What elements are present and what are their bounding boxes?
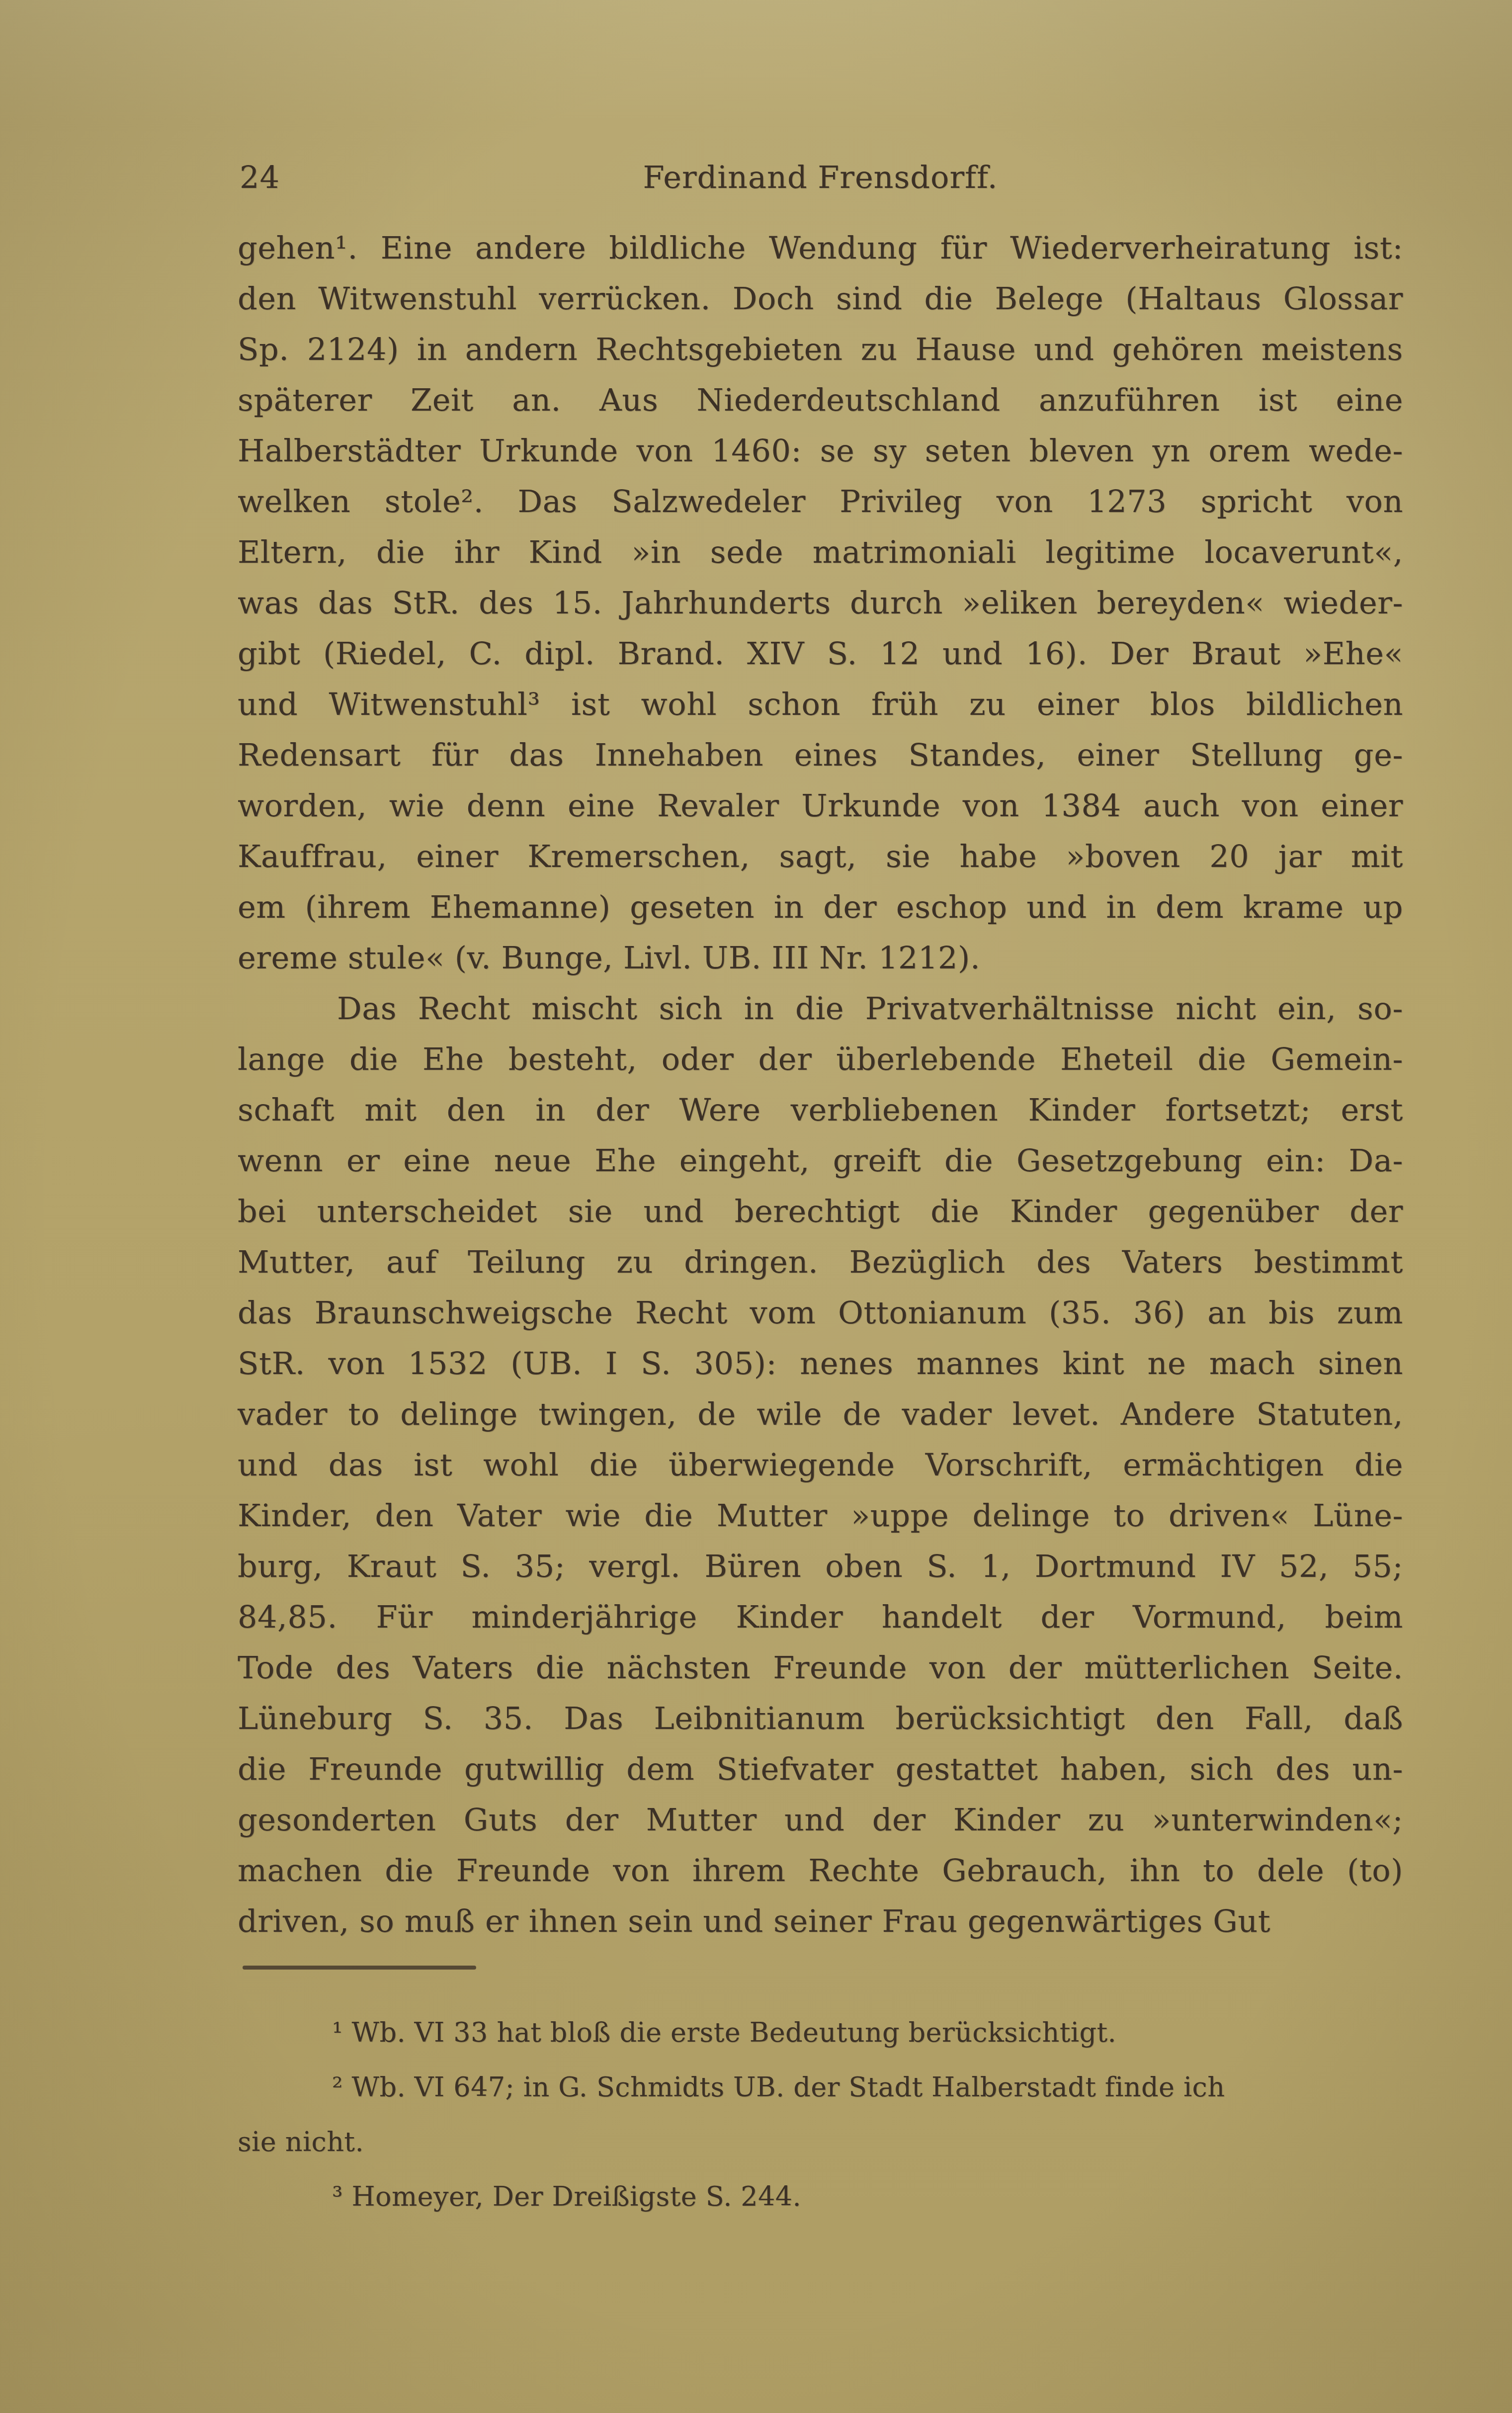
body-line: burg, Kraut S. 35; vergl. Büren oben S. … <box>238 1541 1403 1592</box>
body-line: worden, wie denn eine Revaler Urkunde vo… <box>238 780 1403 831</box>
body-line: em (ihrem Ehemanne) geseten in der escho… <box>238 882 1403 933</box>
body-line: Eltern, die ihr Kind »in sede matrimonia… <box>238 527 1403 578</box>
running-header: Ferdinand Frensdorff. <box>238 155 1403 200</box>
footnotes: ¹ Wb. VI 33 hat bloß die erste Bedeutung… <box>238 2005 1403 2224</box>
body-line: 84,85. Für minderjährige Kinder handelt … <box>238 1592 1403 1642</box>
body-line: ereme stule« (v. Bunge, Livl. UB. III Nr… <box>238 933 1403 983</box>
text-column: gehen¹. Eine andere bildliche Wendung fü… <box>238 223 1403 2224</box>
body-line: und Witwenstuhl³ ist wohl schon früh zu … <box>238 679 1403 730</box>
body-line: Sp. 2124) in andern Rechtsgebieten zu Ha… <box>238 324 1403 375</box>
body-line: die Freunde gutwillig dem Stiefvater ges… <box>238 1744 1403 1795</box>
body-line: Lüneburg S. 35. Das Leibnitianum berücks… <box>238 1693 1403 1744</box>
body-line: gehen¹. Eine andere bildliche Wendung fü… <box>238 223 1403 273</box>
page-header: 24 Ferdinand Frensdorff. <box>238 155 1403 200</box>
footnote-separator-rule <box>243 1966 476 1970</box>
body-line: Kauffrau, einer Kremerschen, sagt, sie h… <box>238 831 1403 882</box>
footnote-line: ² Wb. VI 647; in G. Schmidts UB. der Sta… <box>238 2060 1403 2115</box>
body-line: lange die Ehe besteht, oder der überlebe… <box>238 1034 1403 1085</box>
body-line: StR. von 1532 (UB. I S. 305): nenes mann… <box>238 1338 1403 1389</box>
body-line: driven, so muß er ihnen sein und seiner … <box>238 1896 1403 1947</box>
body-text: gehen¹. Eine andere bildliche Wendung fü… <box>238 223 1403 1947</box>
body-line: und das ist wohl die überwiegende Vorsch… <box>238 1440 1403 1490</box>
body-line: Mutter, auf Teilung zu dringen. Bezüglic… <box>238 1237 1403 1288</box>
footnote-line: ³ Homeyer, Der Dreißigste S. 244. <box>238 2169 1403 2224</box>
body-line: wenn er eine neue Ehe eingeht, greift di… <box>238 1135 1403 1186</box>
body-line: Das Recht mischt sich in die Privatverhä… <box>238 983 1403 1034</box>
body-line: späterer Zeit an. Aus Niederdeutschland … <box>238 375 1403 426</box>
body-line: was das StR. des 15. Jahrhunderts durch … <box>238 578 1403 628</box>
footnote-line: ¹ Wb. VI 33 hat bloß die erste Bedeutung… <box>238 2005 1403 2060</box>
body-line: bei unterscheidet sie und berechtigt die… <box>238 1186 1403 1237</box>
page-number: 24 <box>240 155 280 200</box>
body-line: Halberstädter Urkunde von 1460: se sy se… <box>238 426 1403 476</box>
body-line: Kinder, den Vater wie die Mutter »uppe d… <box>238 1490 1403 1541</box>
body-line: vader to delinge twingen, de wile de vad… <box>238 1389 1403 1440</box>
body-line: Tode des Vaters die nächsten Freunde von… <box>238 1642 1403 1693</box>
body-line: Redensart für das Innehaben eines Stande… <box>238 730 1403 780</box>
body-line: gesonderten Guts der Mutter und der Kind… <box>238 1795 1403 1845</box>
body-line: den Witwenstuhl verrücken. Doch sind die… <box>238 273 1403 324</box>
body-line: schaft mit den in der Were verbliebenen … <box>238 1085 1403 1135</box>
body-line: welken stole². Das Salzwedeler Privileg … <box>238 476 1403 527</box>
body-line: gibt (Riedel, C. dipl. Brand. XIV S. 12 … <box>238 628 1403 679</box>
scanned-book-page: 24 Ferdinand Frensdorff. gehen¹. Eine an… <box>0 0 1512 2413</box>
body-line: machen die Freunde von ihrem Rechte Gebr… <box>238 1845 1403 1896</box>
body-line: das Braunschweigsche Recht vom Ottonianu… <box>238 1288 1403 1338</box>
footnote-line: sie nicht. <box>238 2115 1403 2169</box>
